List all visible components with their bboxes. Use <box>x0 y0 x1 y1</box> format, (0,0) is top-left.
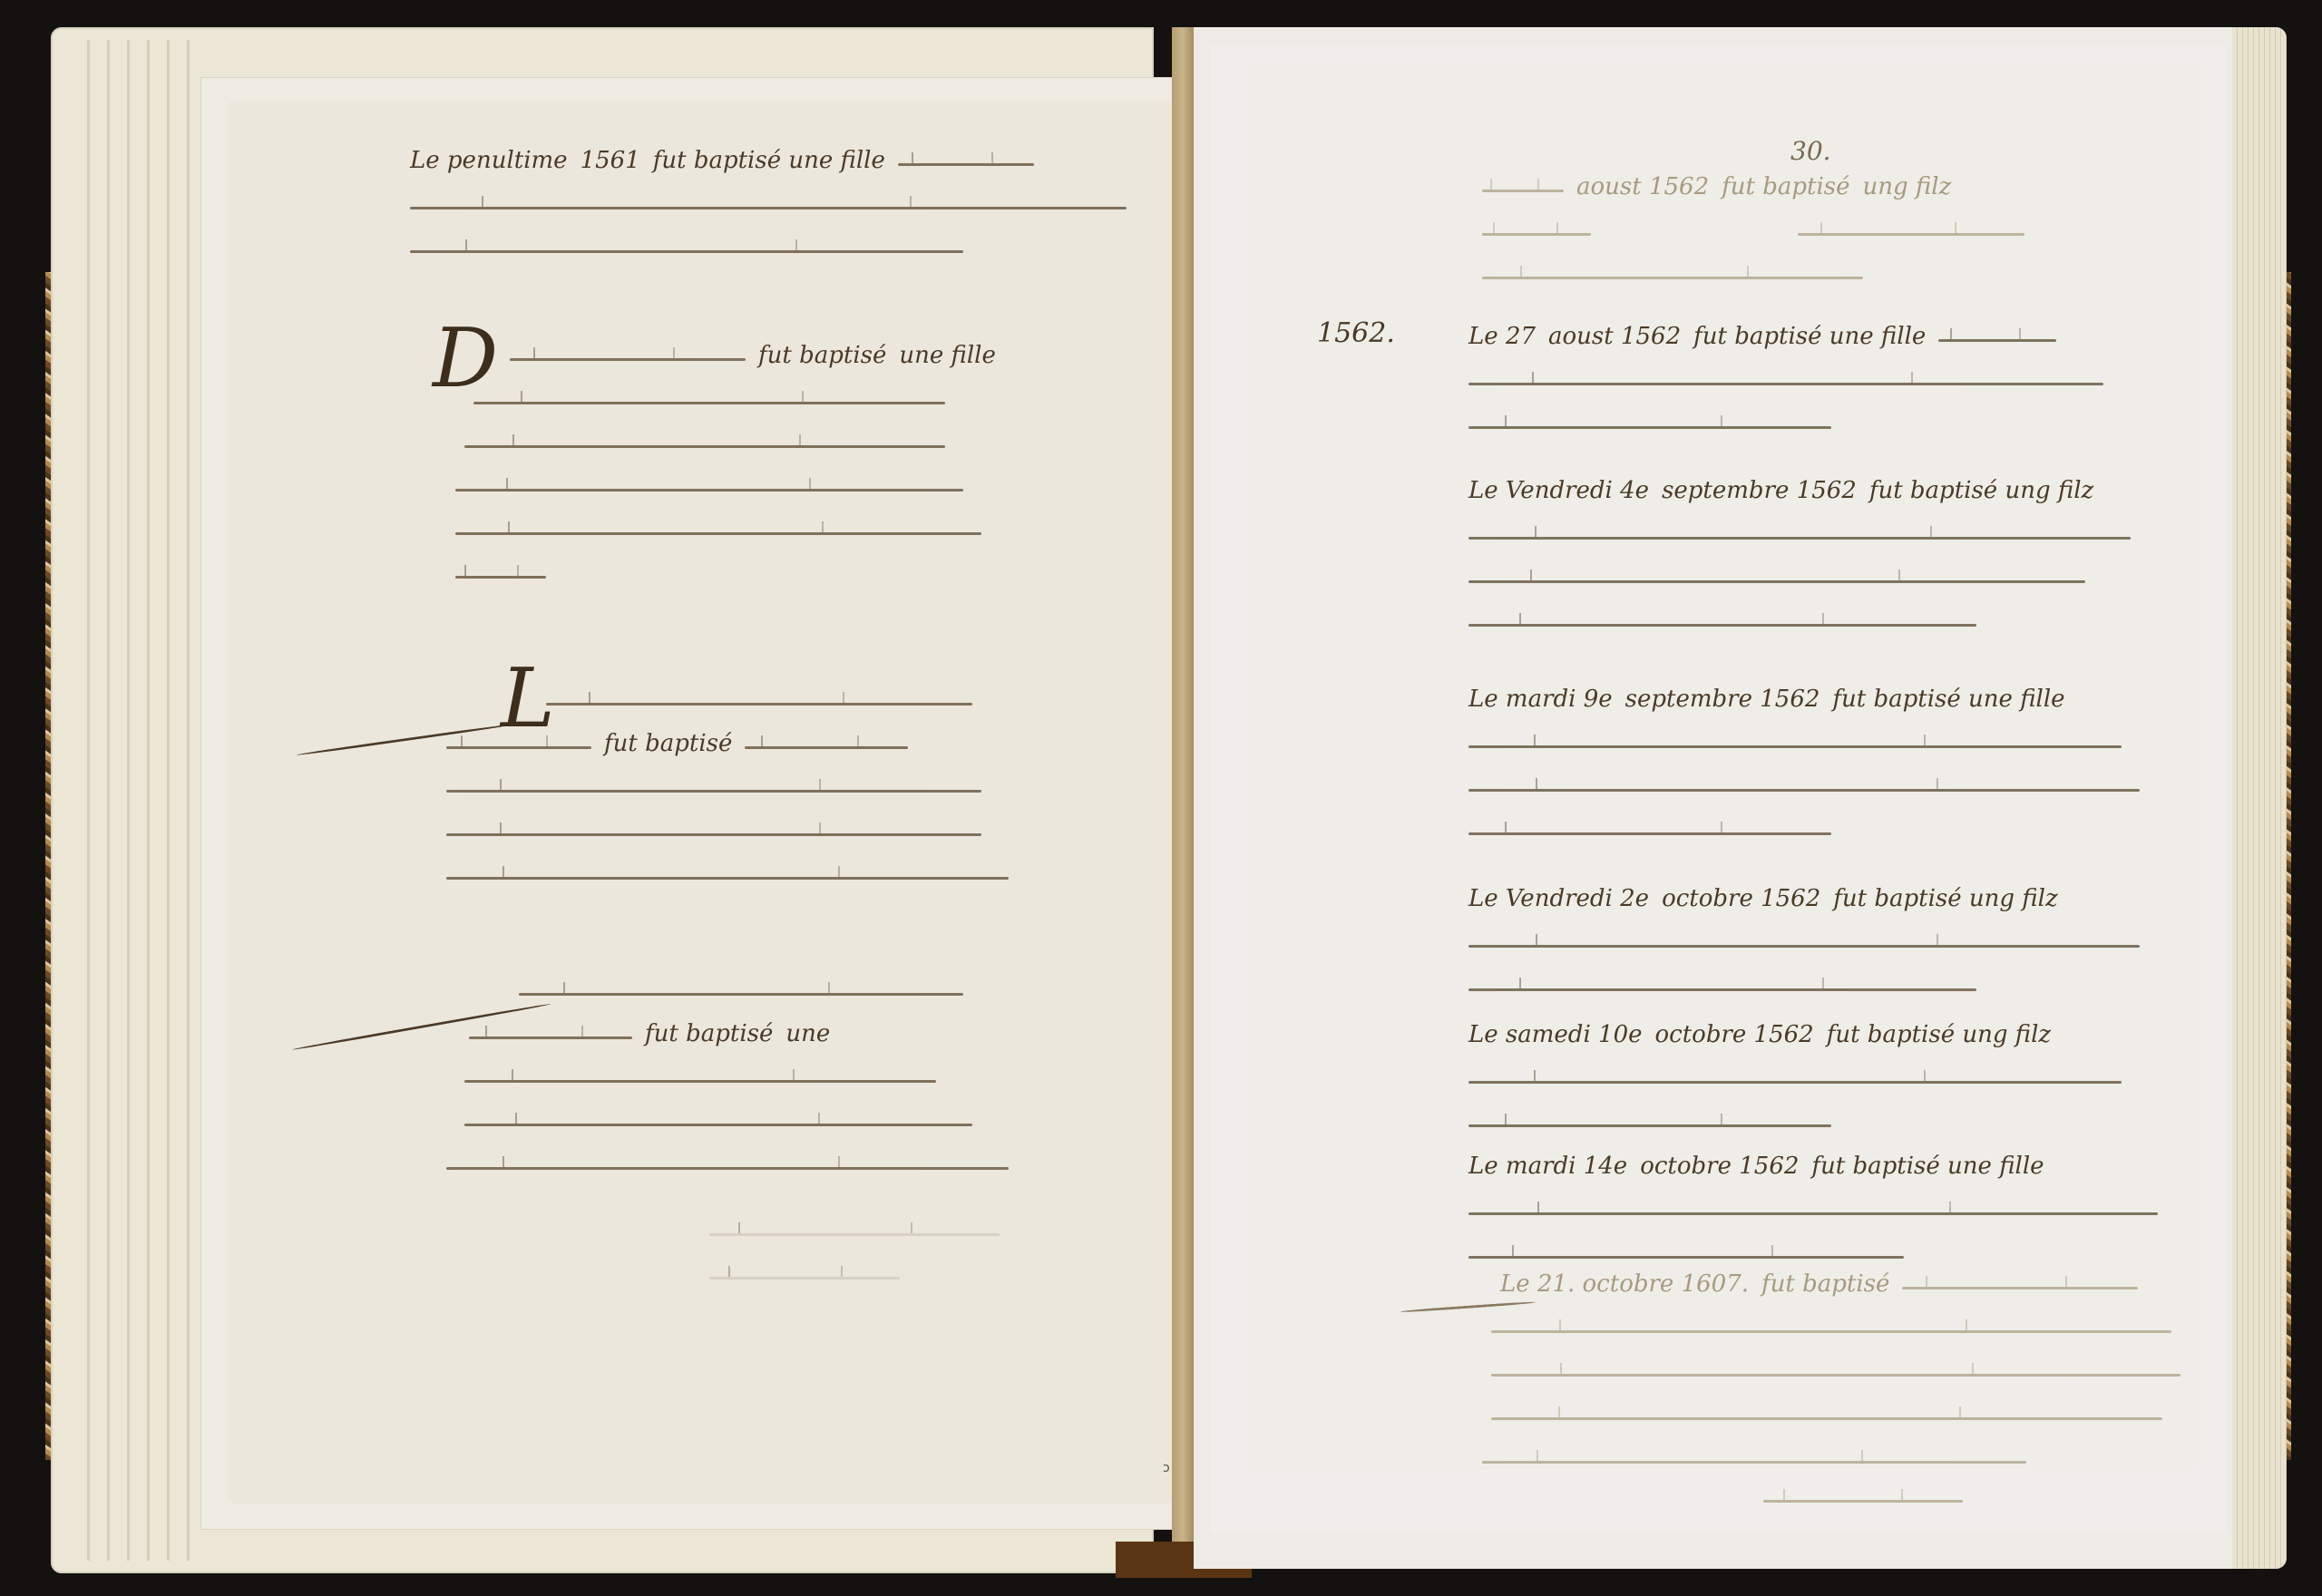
entry-date: septembre 1562 <box>1625 686 1820 713</box>
entry-text: ung filz <box>1863 173 1952 200</box>
entry-year: 1561 <box>580 147 640 174</box>
illegible-handwriting <box>1938 339 2056 342</box>
record-entry: aoust 1562 fut baptisé ung filz <box>1482 168 2135 298</box>
entry-date: septembre 1562 <box>1662 477 1857 504</box>
entry-text: Le penultime <box>410 147 568 174</box>
handwritten-line: Le 27 aoust 1562 fut baptisé une fille <box>1468 317 2185 355</box>
illegible-handwriting <box>410 250 963 253</box>
illegible-handwriting <box>1468 383 2103 385</box>
folio-number: 30. <box>1790 136 1831 166</box>
entry-text: fut baptisé une fille <box>1832 686 2064 713</box>
margin-year: 1562. <box>1317 317 1395 349</box>
illegible-handwriting <box>446 877 1009 880</box>
entry-date: octobre 1562 <box>1662 885 1820 912</box>
record-entry: Le samedi 10e octobre 1562 fut baptisé u… <box>1468 1016 2194 1146</box>
illegible-handwriting <box>446 1167 1009 1170</box>
record-entry: fut baptisé <box>546 681 1054 899</box>
handwritten-line <box>1482 1439 2208 1477</box>
open-register-book: Le penultime 1561 fut baptisé une fille … <box>0 0 2322 1596</box>
illegible-handwriting <box>410 207 1127 209</box>
entry-text: fut baptisé une fille <box>1811 1153 2044 1180</box>
handwritten-line <box>410 185 1136 223</box>
handwritten-line <box>1468 404 2185 443</box>
handwritten-line: aoust 1562 fut baptisé ung filz <box>1482 168 2135 206</box>
handwritten-line <box>446 768 1054 806</box>
handwritten-line: Le Vendredi 2e octobre 1562 fut baptisé … <box>1468 880 2194 918</box>
illegible-handwriting <box>464 445 945 448</box>
handwritten-line <box>446 1145 1063 1183</box>
page-edges-stack <box>2232 27 2287 1569</box>
entry-text: fut baptisé <box>1722 173 1849 200</box>
illegible-handwriting <box>709 1277 900 1280</box>
handwritten-line <box>1468 767 2194 805</box>
illegible-handwriting <box>1482 233 1591 236</box>
signature-stroke <box>1763 1478 1981 1516</box>
handwritten-line: fut baptisé une fille <box>510 336 1054 375</box>
handwritten-line <box>1468 724 2194 762</box>
entry-date: Le samedi 10e <box>1468 1021 1643 1048</box>
handwritten-line <box>1468 361 2185 399</box>
handwritten-line <box>1468 602 2194 640</box>
entry-date: aoust 1562 <box>1576 173 1709 200</box>
record-entry: Le penultime 1561 fut baptisé une fille <box>410 141 1136 272</box>
entry-text: fut baptisé ung filz <box>1869 477 2093 504</box>
right-page-block: 30. aoust 1562 fut baptisé ung filz 1562… <box>1194 27 2287 1569</box>
illegible-handwriting <box>464 1124 972 1126</box>
illegible-handwriting <box>446 746 591 749</box>
handwritten-line: Le penultime 1561 fut baptisé une fille <box>410 141 1136 180</box>
illegible-handwriting <box>446 790 981 793</box>
page-edge <box>87 40 90 1561</box>
record-entry: fut baptisé une <box>519 971 1063 1189</box>
entry-date: Le 27 <box>1468 323 1536 350</box>
page-mark: ↄ <box>1163 1461 1170 1475</box>
illegible-handwriting <box>1468 580 2085 583</box>
record-entry: Le 27 aoust 1562 fut baptisé une fille <box>1468 317 2185 448</box>
illegible-handwriting <box>546 703 972 706</box>
handwritten-line <box>1468 1103 2194 1141</box>
record-entry: Le mardi 14e octobre 1562 fut baptisé un… <box>1468 1147 2194 1278</box>
handwritten-line <box>446 812 1054 850</box>
illegible-handwriting <box>1482 277 1863 279</box>
illegible-handwriting <box>455 532 981 535</box>
entry-text: fut baptisé ung filz <box>1827 1021 2051 1048</box>
illegible-handwriting <box>1902 1287 2138 1289</box>
handwritten-line <box>1468 515 2194 553</box>
illegible-handwriting <box>1468 832 1831 835</box>
handwritten-line: Le Vendredi 4e septembre 1562 fut baptis… <box>1468 472 2194 510</box>
handwritten-line <box>455 554 1054 592</box>
handwritten-line <box>464 1102 1063 1140</box>
handwritten-line <box>1491 1309 2208 1347</box>
illegible-handwriting <box>1468 1081 2122 1084</box>
illegible-handwriting <box>1491 1330 2171 1333</box>
handwritten-line <box>546 681 1054 719</box>
handwritten-line <box>464 1058 1063 1096</box>
record-entry: Le mardi 9e septembre 1562 fut baptisé u… <box>1468 680 2194 854</box>
illegible-handwriting <box>446 833 981 836</box>
left-page-block: Le penultime 1561 fut baptisé une fille … <box>51 27 1154 1573</box>
handwritten-line <box>455 467 1054 505</box>
page-edge <box>127 40 130 1561</box>
page-edge <box>107 40 110 1561</box>
entry-date: octobre 1562 <box>1640 1153 1799 1180</box>
entry-text: fut baptisé ung filz <box>1833 885 2057 912</box>
illegible-handwriting <box>1468 1256 1904 1259</box>
illegible-handwriting <box>455 576 546 579</box>
entry-date: octobre 1562 <box>1655 1021 1814 1048</box>
illegible-handwriting <box>519 993 963 996</box>
handwritten-line <box>1468 559 2194 597</box>
page-edge <box>187 40 190 1561</box>
illegible-handwriting <box>1468 945 2140 948</box>
handwritten-line: Le mardi 14e octobre 1562 fut baptisé un… <box>1468 1147 2194 1185</box>
record-entry: fut baptisé une fille <box>510 336 1054 598</box>
illegible-handwriting <box>1468 1124 1831 1127</box>
record-entry: Le Vendredi 4e septembre 1562 fut baptis… <box>1468 472 2194 646</box>
handwritten-line <box>1468 923 2194 961</box>
illegible-handwriting <box>709 1233 1000 1236</box>
entry-date: aoust 1562 <box>1548 323 1681 350</box>
illegible-handwriting <box>473 402 945 404</box>
entry-text: une <box>785 1020 830 1047</box>
illegible-handwriting <box>1468 624 1976 627</box>
illegible-handwriting <box>1798 233 2024 236</box>
bleed-through-text <box>709 1212 1072 1299</box>
illegible-handwriting <box>469 1036 632 1039</box>
handwritten-line <box>709 1255 1072 1293</box>
handwritten-line <box>709 1212 1072 1250</box>
handwritten-line <box>1491 1396 2208 1434</box>
illegible-handwriting <box>1468 789 2140 792</box>
handwritten-line <box>446 855 1054 893</box>
illegible-handwriting <box>1468 1212 2158 1215</box>
entry-date: Le mardi 9e <box>1468 686 1613 713</box>
illegible-handwriting <box>464 1080 936 1083</box>
entry-text: fut baptisé <box>758 342 886 369</box>
handwritten-line <box>1468 811 2194 849</box>
entry-date: Le 21. octobre 1607. <box>1500 1270 1749 1298</box>
entry-text: une fille <box>899 342 996 369</box>
illegible-handwriting <box>745 746 908 749</box>
handwritten-line <box>1468 1191 2194 1229</box>
entry-text: fut baptisé <box>1761 1270 1889 1298</box>
handwritten-line: Le mardi 9e septembre 1562 fut baptisé u… <box>1468 680 2194 718</box>
illegible-handwriting <box>1468 426 1831 429</box>
record-entry: Le Vendredi 2e octobre 1562 fut baptisé … <box>1468 880 2194 1010</box>
handwritten-line <box>1468 1059 2194 1097</box>
handwritten-line <box>1482 211 2135 249</box>
left-page: Le penultime 1561 fut baptisé une fille … <box>200 77 1191 1530</box>
handwritten-line: Le 21. octobre 1607. fut baptisé <box>1500 1265 2208 1303</box>
handwritten-line: fut baptisé une <box>469 1015 1063 1053</box>
illegible-handwriting <box>1491 1374 2181 1377</box>
page-edge <box>147 40 150 1561</box>
illegible-handwriting <box>510 358 746 361</box>
illegible-handwriting <box>1468 988 1976 991</box>
illegible-handwriting <box>898 163 1034 166</box>
right-page: 30. aoust 1562 fut baptisé ung filz 1562… <box>1210 45 2226 1533</box>
illegible-handwriting <box>1468 537 2131 540</box>
entry-text: fut baptisé <box>645 1020 773 1047</box>
entry-date: Le mardi 14e <box>1468 1153 1627 1180</box>
signature <box>1763 1478 1981 1522</box>
book-gutter <box>1172 27 1194 1569</box>
handwritten-line <box>1482 255 2135 293</box>
illegible-handwriting <box>1491 1417 2162 1420</box>
entry-text: fut baptisé une fille <box>1693 323 1926 350</box>
handwritten-line <box>1491 1352 2208 1390</box>
illegible-handwriting <box>1468 745 2122 748</box>
entry-text: fut baptisé <box>604 730 732 757</box>
entry-date: Le Vendredi 4e <box>1468 477 1649 504</box>
handwritten-line <box>464 423 1054 462</box>
handwritten-line <box>455 511 1054 549</box>
entry-date: Le Vendredi 2e <box>1468 885 1649 912</box>
illegible-handwriting <box>455 489 963 491</box>
handwritten-line: fut baptisé <box>446 725 1054 763</box>
record-entry: Le 21. octobre 1607. fut baptisé <box>1500 1265 2208 1483</box>
page-edge <box>167 40 170 1561</box>
illegible-handwriting <box>1482 190 1564 192</box>
illegible-signature <box>1763 1500 1963 1503</box>
handwritten-line <box>1468 967 2194 1005</box>
handwritten-line <box>519 971 1063 1009</box>
entry-text: fut baptisé une fille <box>653 147 885 174</box>
handwritten-line <box>473 380 1054 418</box>
handwritten-line <box>410 229 1136 267</box>
illegible-handwriting <box>1482 1461 2026 1464</box>
handwritten-line: Le samedi 10e octobre 1562 fut baptisé u… <box>1468 1016 2194 1054</box>
